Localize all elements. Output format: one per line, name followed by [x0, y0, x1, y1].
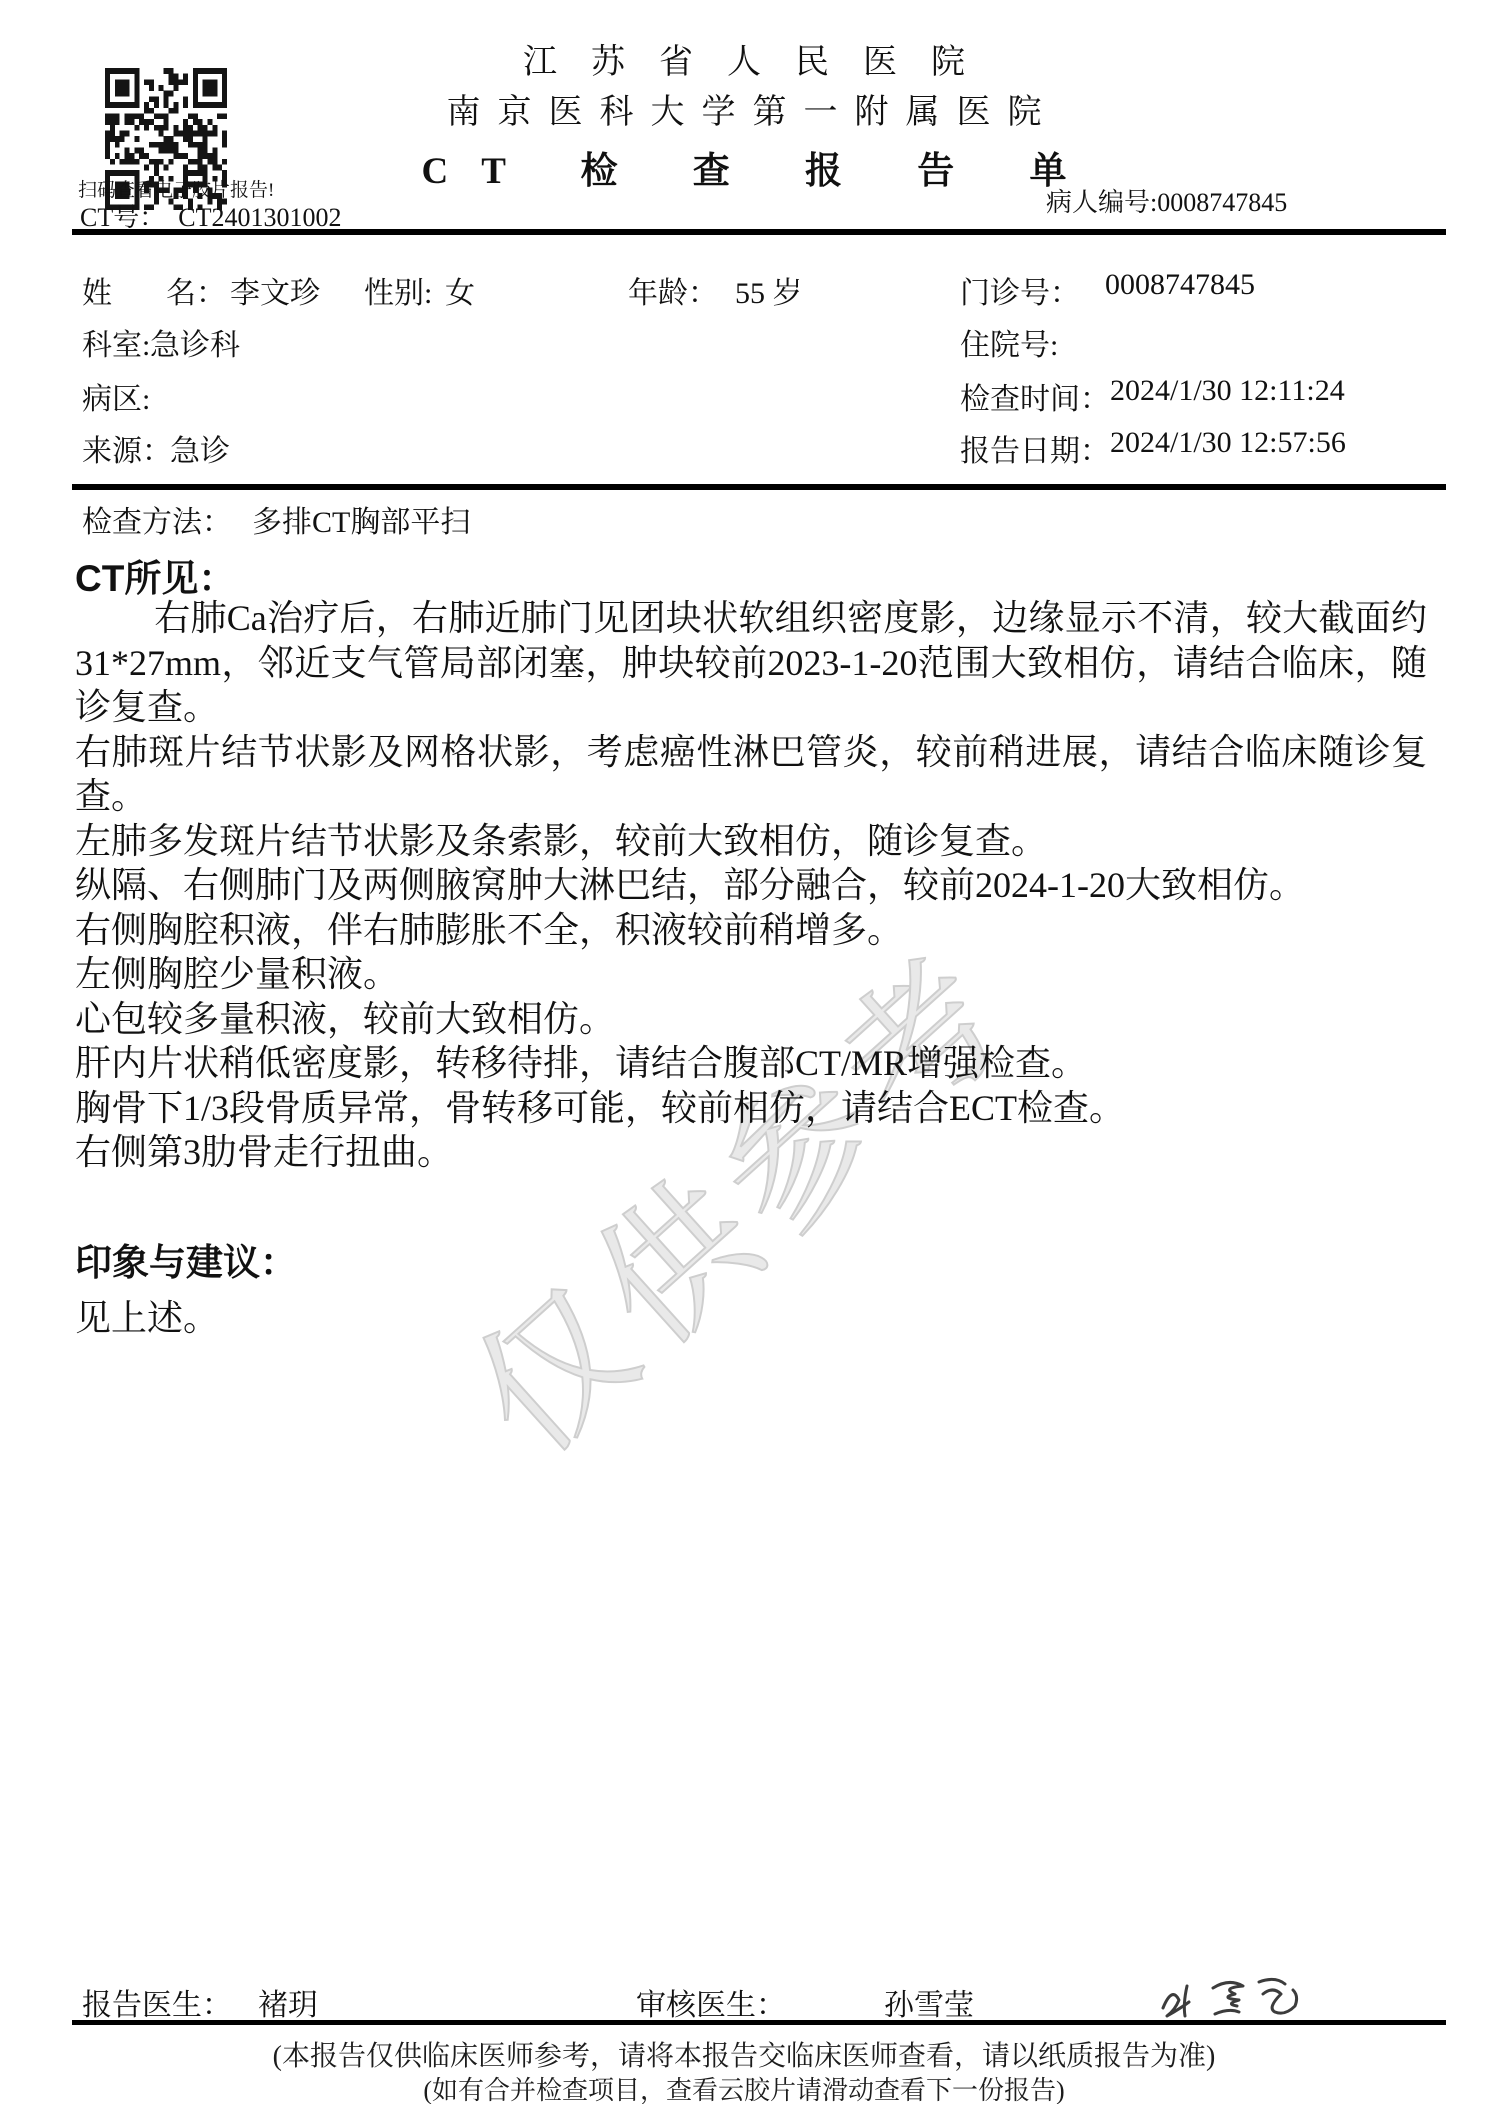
review-doctor-label: 审核医生： [636, 1980, 786, 2024]
report-doctor-name: 褚玥 [258, 1980, 318, 2024]
age-label: 年龄： [628, 268, 718, 312]
inpatient-no-label: 住院号: [960, 320, 1058, 364]
findings-paragraph: 肝内片状稍低密度影，转移待排，请结合腹部CT/MR增强检查。 [75, 1041, 1427, 1086]
findings-paragraph: 胸骨下1/3段骨质异常，骨转移可能，较前相仿，请结合ECT检查。 [75, 1086, 1427, 1131]
patient-number-line: 病人编号:0008747845 [1046, 182, 1287, 219]
findings-paragraph: 右侧胸腔积液，伴右肺膨胀不全，积液较前稍增多。 [75, 908, 1427, 953]
findings-paragraph: 心包较多量积液，较前大致相仿。 [75, 997, 1427, 1042]
footer-note-2: (如有合并检查项目，查看云胶片请滑动查看下一份报告) [0, 2070, 1488, 2104]
findings-paragraph: 右侧第3肋骨走行扭曲。 [75, 1130, 1427, 1175]
footer-note-1: (本报告仅供临床医师参考，请将本报告交临床医师查看，请以纸质报告为准) [0, 2034, 1488, 2074]
age-value: 55 岁 [735, 268, 803, 312]
report-date-value: 2024/1/30 12:57:56 [1110, 426, 1346, 460]
name-label-b: 名： [166, 268, 226, 312]
findings-body: 右肺Ca治疗后，右肺近肺门见团块状软组织密度影，边缘显示不清，较大截面约31*2… [75, 596, 1427, 1175]
findings-paragraph: 右肺Ca治疗后，右肺近肺门见团块状软组织密度影，边缘显示不清，较大截面约31*2… [75, 596, 1427, 730]
department-label: 科室: [82, 320, 150, 364]
outpatient-no-value: 0008747845 [1105, 268, 1255, 302]
source-value: 急诊 [170, 426, 230, 470]
signature-handwriting-icon [1151, 1970, 1321, 2032]
findings-paragraph: 左肺多发斑片结节状影及条索影，较前大致相仿，随诊复查。 [75, 819, 1427, 864]
findings-heading: CT所见： [75, 548, 235, 602]
report-doctor-label: 报告医生： [82, 1980, 232, 2024]
name-label-a: 姓 [82, 268, 112, 312]
patient-number-value: 0008747845 [1157, 188, 1287, 217]
findings-paragraph: 左侧胸腔少量积液。 [75, 952, 1427, 997]
review-doctor-name: 孙雪莹 [884, 1980, 974, 2024]
ct-number-label: CT号： [80, 203, 165, 232]
sex-value: 女 [445, 268, 475, 312]
ct-number-value: CT2401301002 [178, 203, 341, 232]
ct-number-line: CT号： CT2401301002 [80, 197, 341, 234]
ct-report-page: 仅供参考 江苏省人民医院 南京医科大学第一附属医院 CT 检 查 报 告 单 病… [0, 0, 1488, 2104]
impression-text: 见上述。 [75, 1290, 219, 1341]
reviewer-signature [1135, 1952, 1305, 2014]
ward-label: 病区: [82, 374, 150, 418]
patient-number-label: 病人编号: [1046, 188, 1157, 217]
exam-method-label: 检查方法： [82, 497, 232, 541]
department-value: 急诊科 [150, 320, 240, 364]
outpatient-no-label: 门诊号： [960, 268, 1080, 312]
impression-heading: 印象与建议： [75, 1232, 297, 1286]
findings-paragraph: 右肺斑片结节状影及网格状影，考虑癌性淋巴管炎，较前稍进展，请结合临床随诊复查。 [75, 730, 1427, 819]
report-date-label: 报告日期： [960, 426, 1110, 470]
name-value: 李文珍 [230, 268, 320, 312]
exam-time-value: 2024/1/30 12:11:24 [1110, 374, 1345, 408]
divider-method [72, 484, 1446, 490]
exam-method-value: 多排CT胸部平扫 [252, 497, 470, 541]
source-label: 来源： [82, 426, 172, 470]
exam-time-label: 检查时间： [960, 374, 1110, 418]
qr-code [105, 32, 227, 174]
sex-label: 性别: [364, 268, 432, 312]
findings-paragraph: 纵隔、右侧肺门及两侧腋窝肿大淋巴结，部分融合，较前2024-1-20大致相仿。 [75, 863, 1427, 908]
